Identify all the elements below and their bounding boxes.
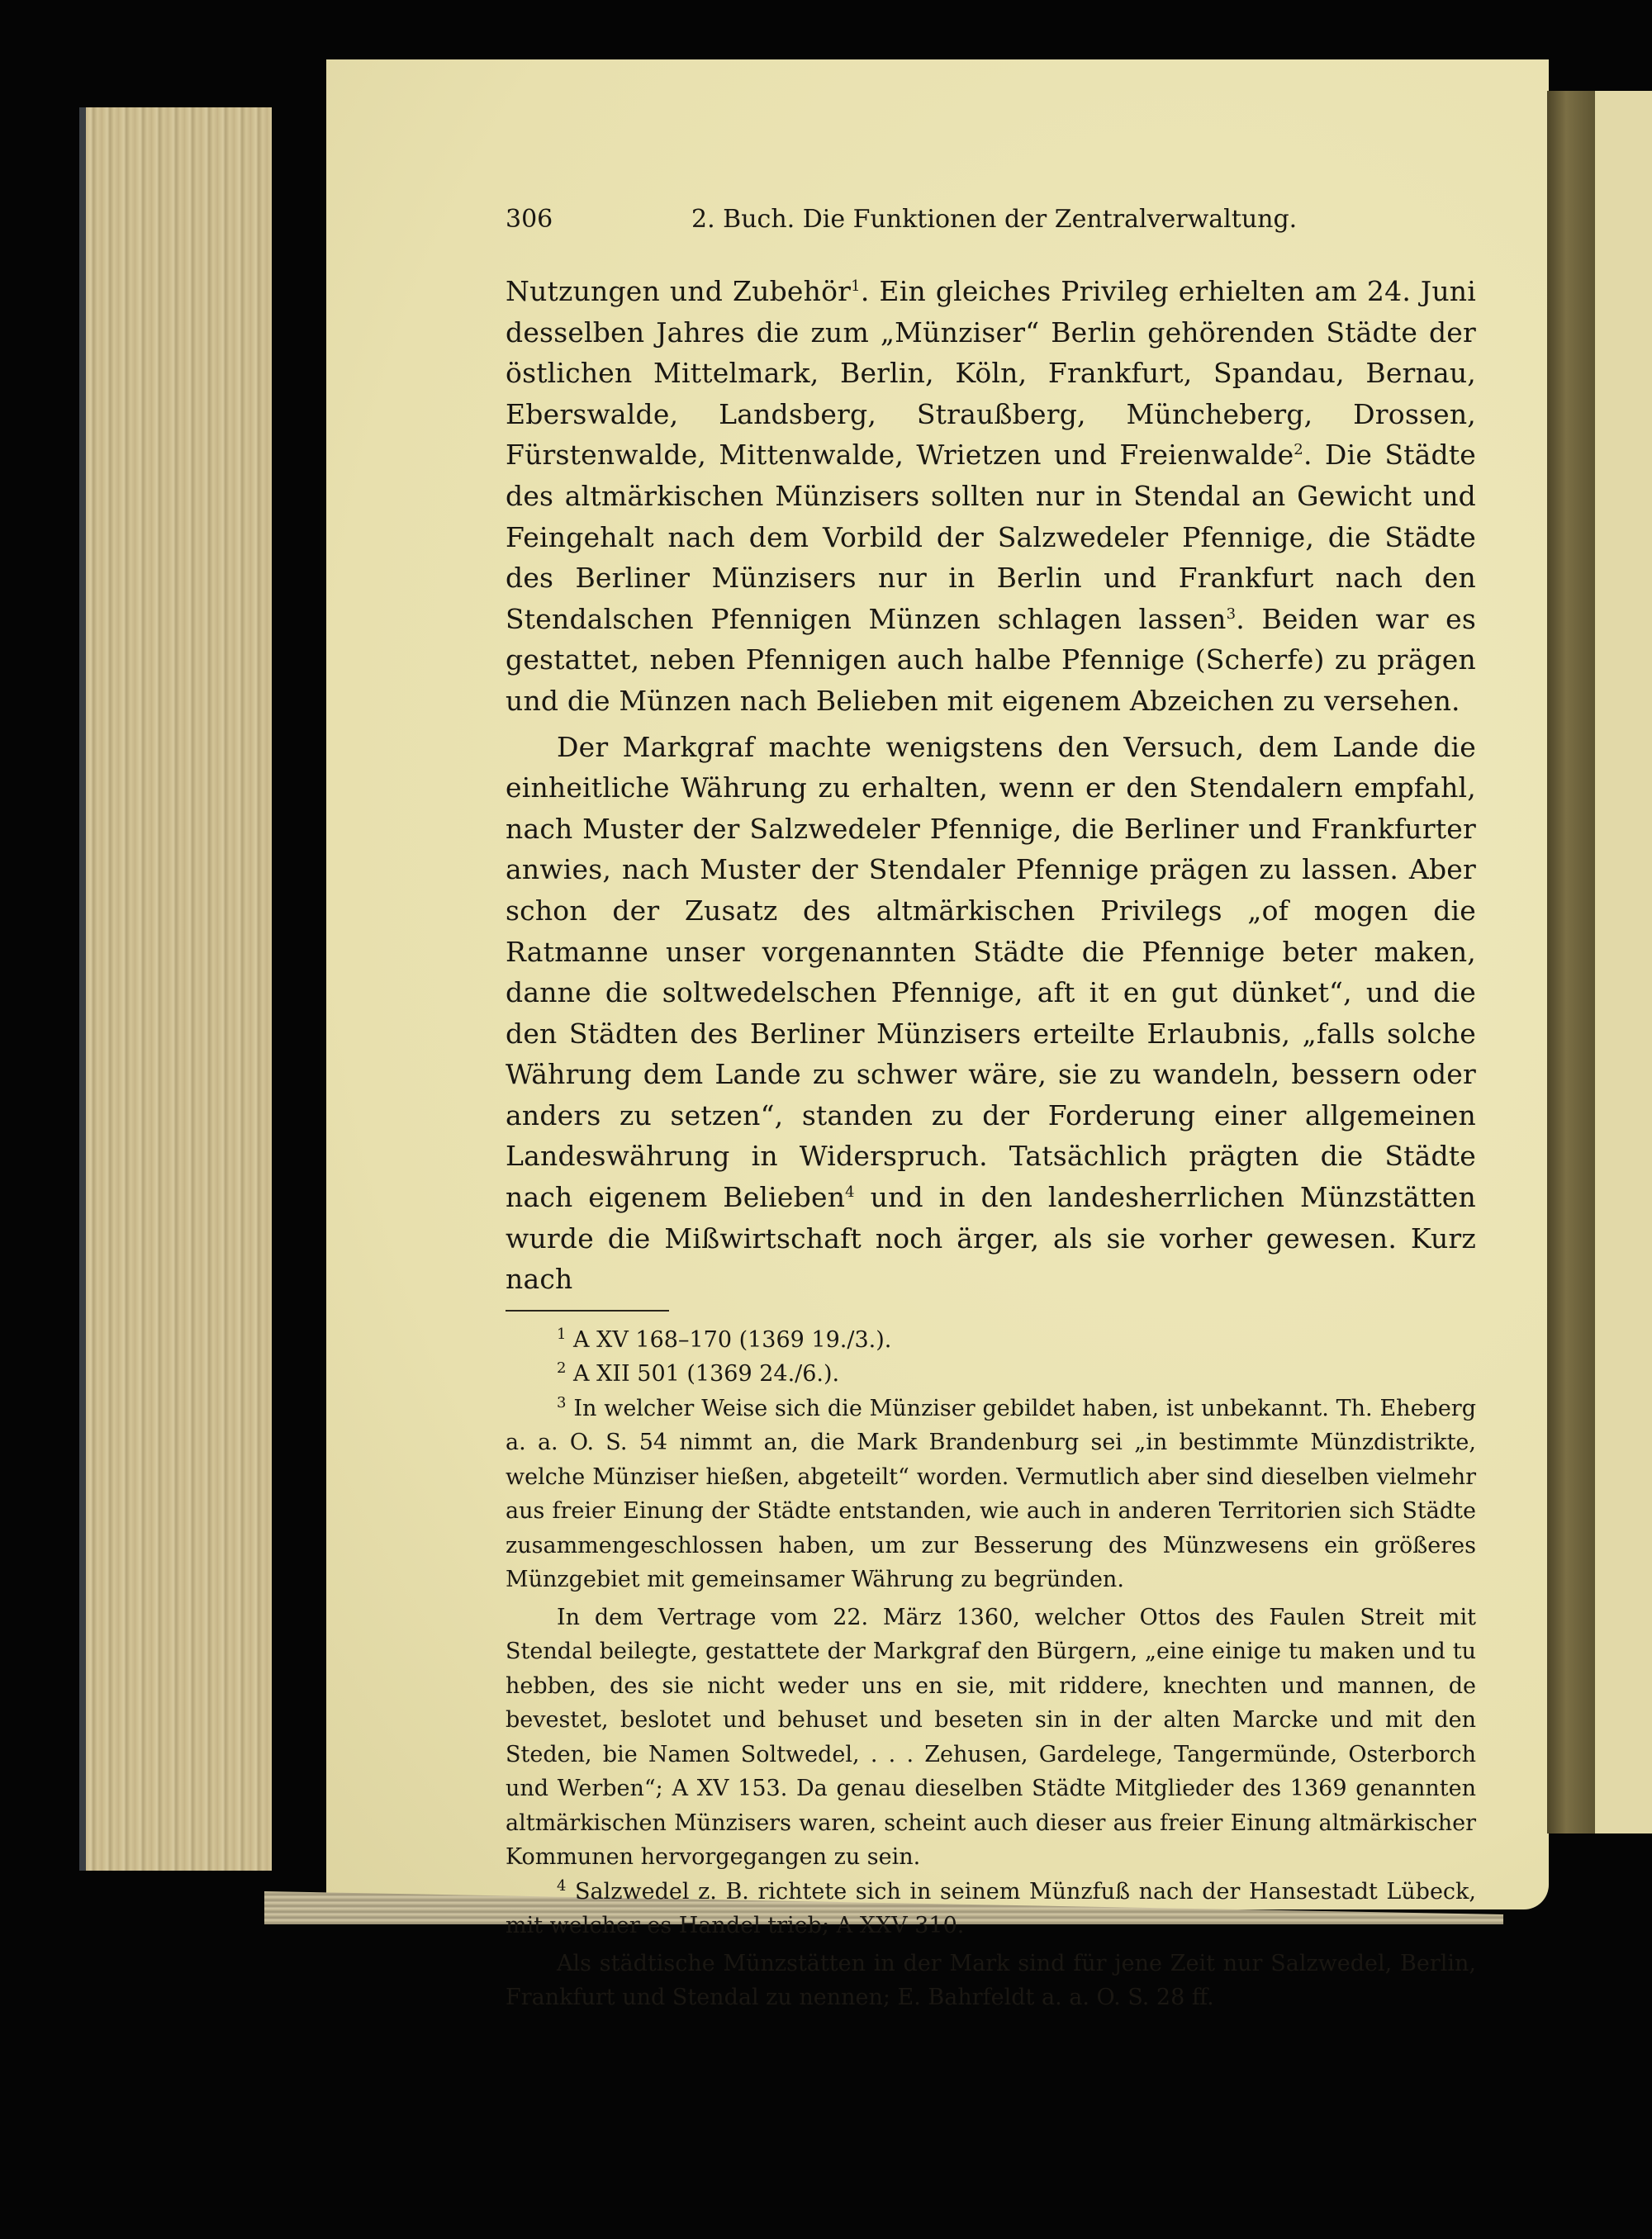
footnote: 4 Salzwedel z. B. richtete sich in seine…	[506, 1875, 1476, 1943]
footnote-ref[interactable]: 1	[851, 278, 861, 295]
page-text: 306 2. Buch. Die Funktionen der Zentralv…	[506, 198, 1476, 2015]
paragraph: Nutzungen und Zubehör1. Ein gleiches Pri…	[506, 271, 1476, 722]
main-body: Nutzungen und Zubehör1. Ein gleiches Pri…	[506, 271, 1476, 1300]
footnote: 1 A XV 168–170 (1369 19./3.).	[506, 1323, 1476, 1358]
paragraph: Der Markgraf machte wenigstens den Versu…	[506, 727, 1476, 1300]
facing-page-edge	[1595, 91, 1652, 1833]
running-head: 306 2. Buch. Die Funktionen der Zentralv…	[506, 198, 1476, 240]
footnotes: 1 A XV 168–170 (1369 19./3.). 2 A XII 50…	[506, 1323, 1476, 2015]
chapter-title: 2. Buch. Die Funktionen der Zentralverwa…	[691, 205, 1297, 234]
footnote-continuation: In dem Vertrage vom 22. März 1360, welch…	[506, 1601, 1476, 1875]
page-number: 306	[506, 205, 691, 234]
footnote-divider	[506, 1310, 669, 1312]
gutter-shadow	[1547, 91, 1595, 1833]
footnote-ref[interactable]: 2	[1294, 441, 1303, 458]
footnote-continuation: Als städtische Münzstätten in der Mark s…	[506, 1947, 1476, 2015]
footnote-ref[interactable]: 3	[1227, 605, 1237, 623]
footnote: 2 A XII 501 (1369 24./6.).	[506, 1357, 1476, 1392]
footnote-ref[interactable]: 4	[845, 1184, 855, 1201]
page-stack-edge	[79, 107, 272, 1871]
footnote: 3 In welcher Weise sich die Münziser geb…	[506, 1392, 1476, 1597]
